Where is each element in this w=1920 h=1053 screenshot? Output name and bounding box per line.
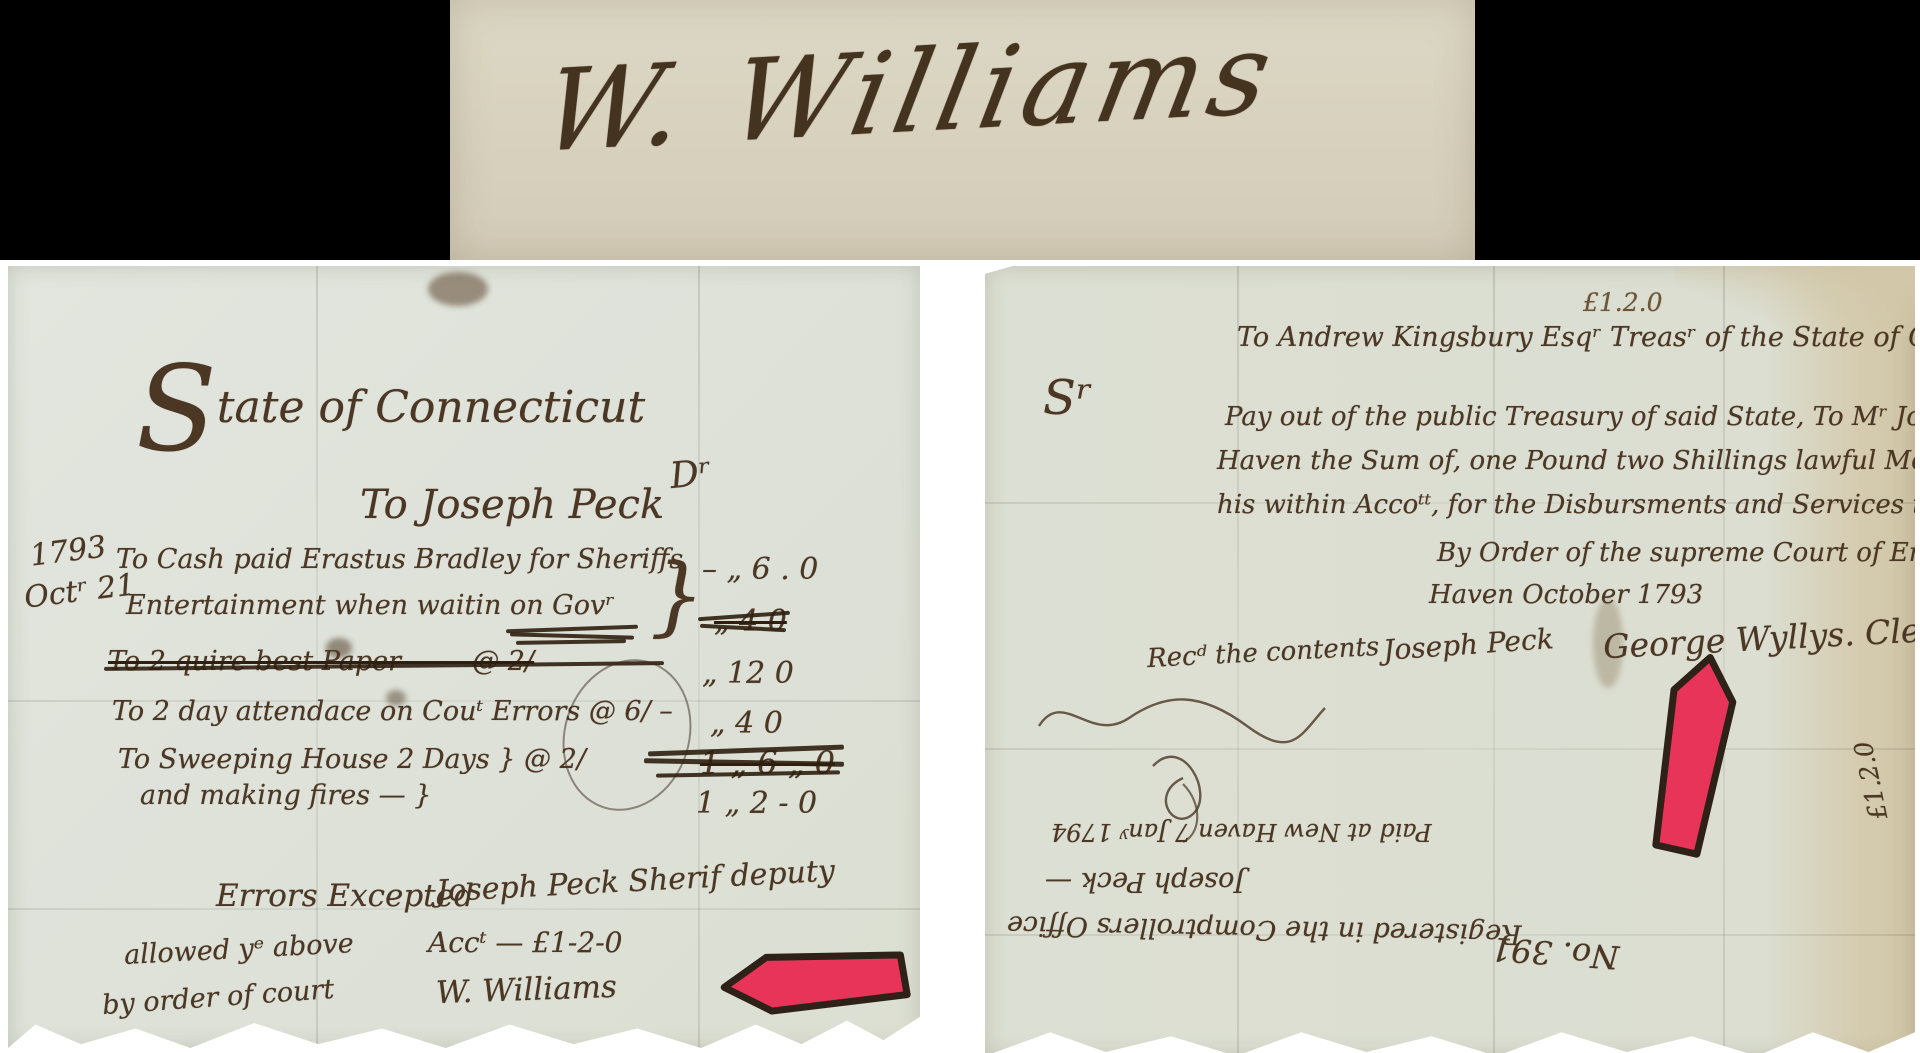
total-final: 1 „ 2 - 0 — [696, 786, 817, 821]
pay-order-body-line2: Haven the Sum of, one Pound two Shilling… — [1217, 446, 1920, 476]
entry-4-line1: To Sweeping House 2 Days } @ 2/ — [118, 744, 586, 775]
receipt-line: Recᵈ the contents — [1146, 632, 1380, 674]
endorsement-paid: Paid at New Haven 7 Janʸ 1794 — [1051, 818, 1432, 846]
title-initial-flourish: S — [136, 340, 217, 478]
entry-2-amount: „ 4 0 — [714, 604, 787, 639]
pay-order-document: £1.2.0 To Andrew Kingsbury Esqʳ Treasʳ o… — [985, 266, 1915, 1053]
left-arrow-shape — [722, 948, 907, 1015]
docket-amount-top: £1.2.0 — [1583, 288, 1663, 317]
entry-3-amount: „ 12 0 — [702, 656, 794, 691]
endorsement-name: Joseph Peck — — [1045, 866, 1245, 897]
deputy-signature: Joseph Peck Sherif deputy — [435, 854, 835, 910]
court-order-line1: By Order of the supreme Court of Errors … — [1437, 538, 1920, 568]
screenshot-root: W. Williams State of Connecticut To Jose… — [0, 0, 1920, 1053]
signature-paper: W. Williams — [450, 0, 1475, 260]
addressee-line: To Joseph Peck — [360, 482, 664, 528]
allowed-line1: allowed yᵉ above — [123, 928, 354, 971]
salutation-sir: Sʳ — [1043, 370, 1093, 426]
entry-1-amount: – „ 6 . 0 — [702, 552, 818, 587]
entry-1-line2: Entertainment when waitin on Govʳ — [126, 590, 615, 621]
ink-smudge — [428, 272, 488, 306]
receipt-signature: Joseph Peck — [1382, 622, 1555, 667]
left-pointing-arrow — [718, 941, 912, 1020]
entry-4-line2: and making fires — } — [140, 780, 431, 811]
dr-label: Dʳ — [668, 452, 713, 497]
struck-insertion-scribble — [506, 622, 638, 644]
up-pointing-arrow — [1636, 647, 1751, 864]
endorsement-amount-vertical: £1.2.0 — [1848, 739, 1893, 823]
endorsement-number: No. 391 — [1490, 930, 1620, 977]
acct-line: Accᵗ — £1-2-0 — [428, 926, 622, 959]
williams-approval-signature: W. Williams — [435, 969, 617, 1011]
account-document: State of Connecticut To Joseph Peck Dʳ 1… — [8, 266, 920, 1048]
signature-photo-strip: W. Williams — [0, 0, 1920, 260]
endorsement-registered: Registered in the Comptrollers Office — [1007, 910, 1522, 950]
entry-4-amount: „ 4 0 — [710, 706, 783, 741]
treasurer-addressee: To Andrew Kingsbury Esqʳ Treasʳ of the S… — [1237, 322, 1920, 353]
up-arrow-shape — [1647, 652, 1740, 855]
allowed-line2: by order of court — [101, 974, 335, 1021]
fold-line — [698, 266, 700, 1048]
pen-flourish-loop — [543, 642, 710, 827]
entry-1-line1: To Cash paid Erastus Bradley for Sheriff… — [116, 544, 683, 575]
document-title: State of Connecticut — [136, 382, 645, 433]
date-year: 1793 — [28, 529, 108, 573]
williams-signature-large: W. Williams — [533, 8, 1288, 178]
entry-2-line1: To 2 quire best Paper —— @ 2/ — [108, 646, 534, 677]
clerk-signature: George Wyllys. Clerk — [1602, 609, 1920, 666]
pay-order-body-line3: his within Accoᵗᵗ, for the Disbursments … — [1217, 490, 1920, 520]
court-order-line2: Haven October 1793 — [1429, 580, 1703, 610]
pay-order-body-line1: Pay out of the public Treasury of said S… — [1225, 402, 1920, 432]
